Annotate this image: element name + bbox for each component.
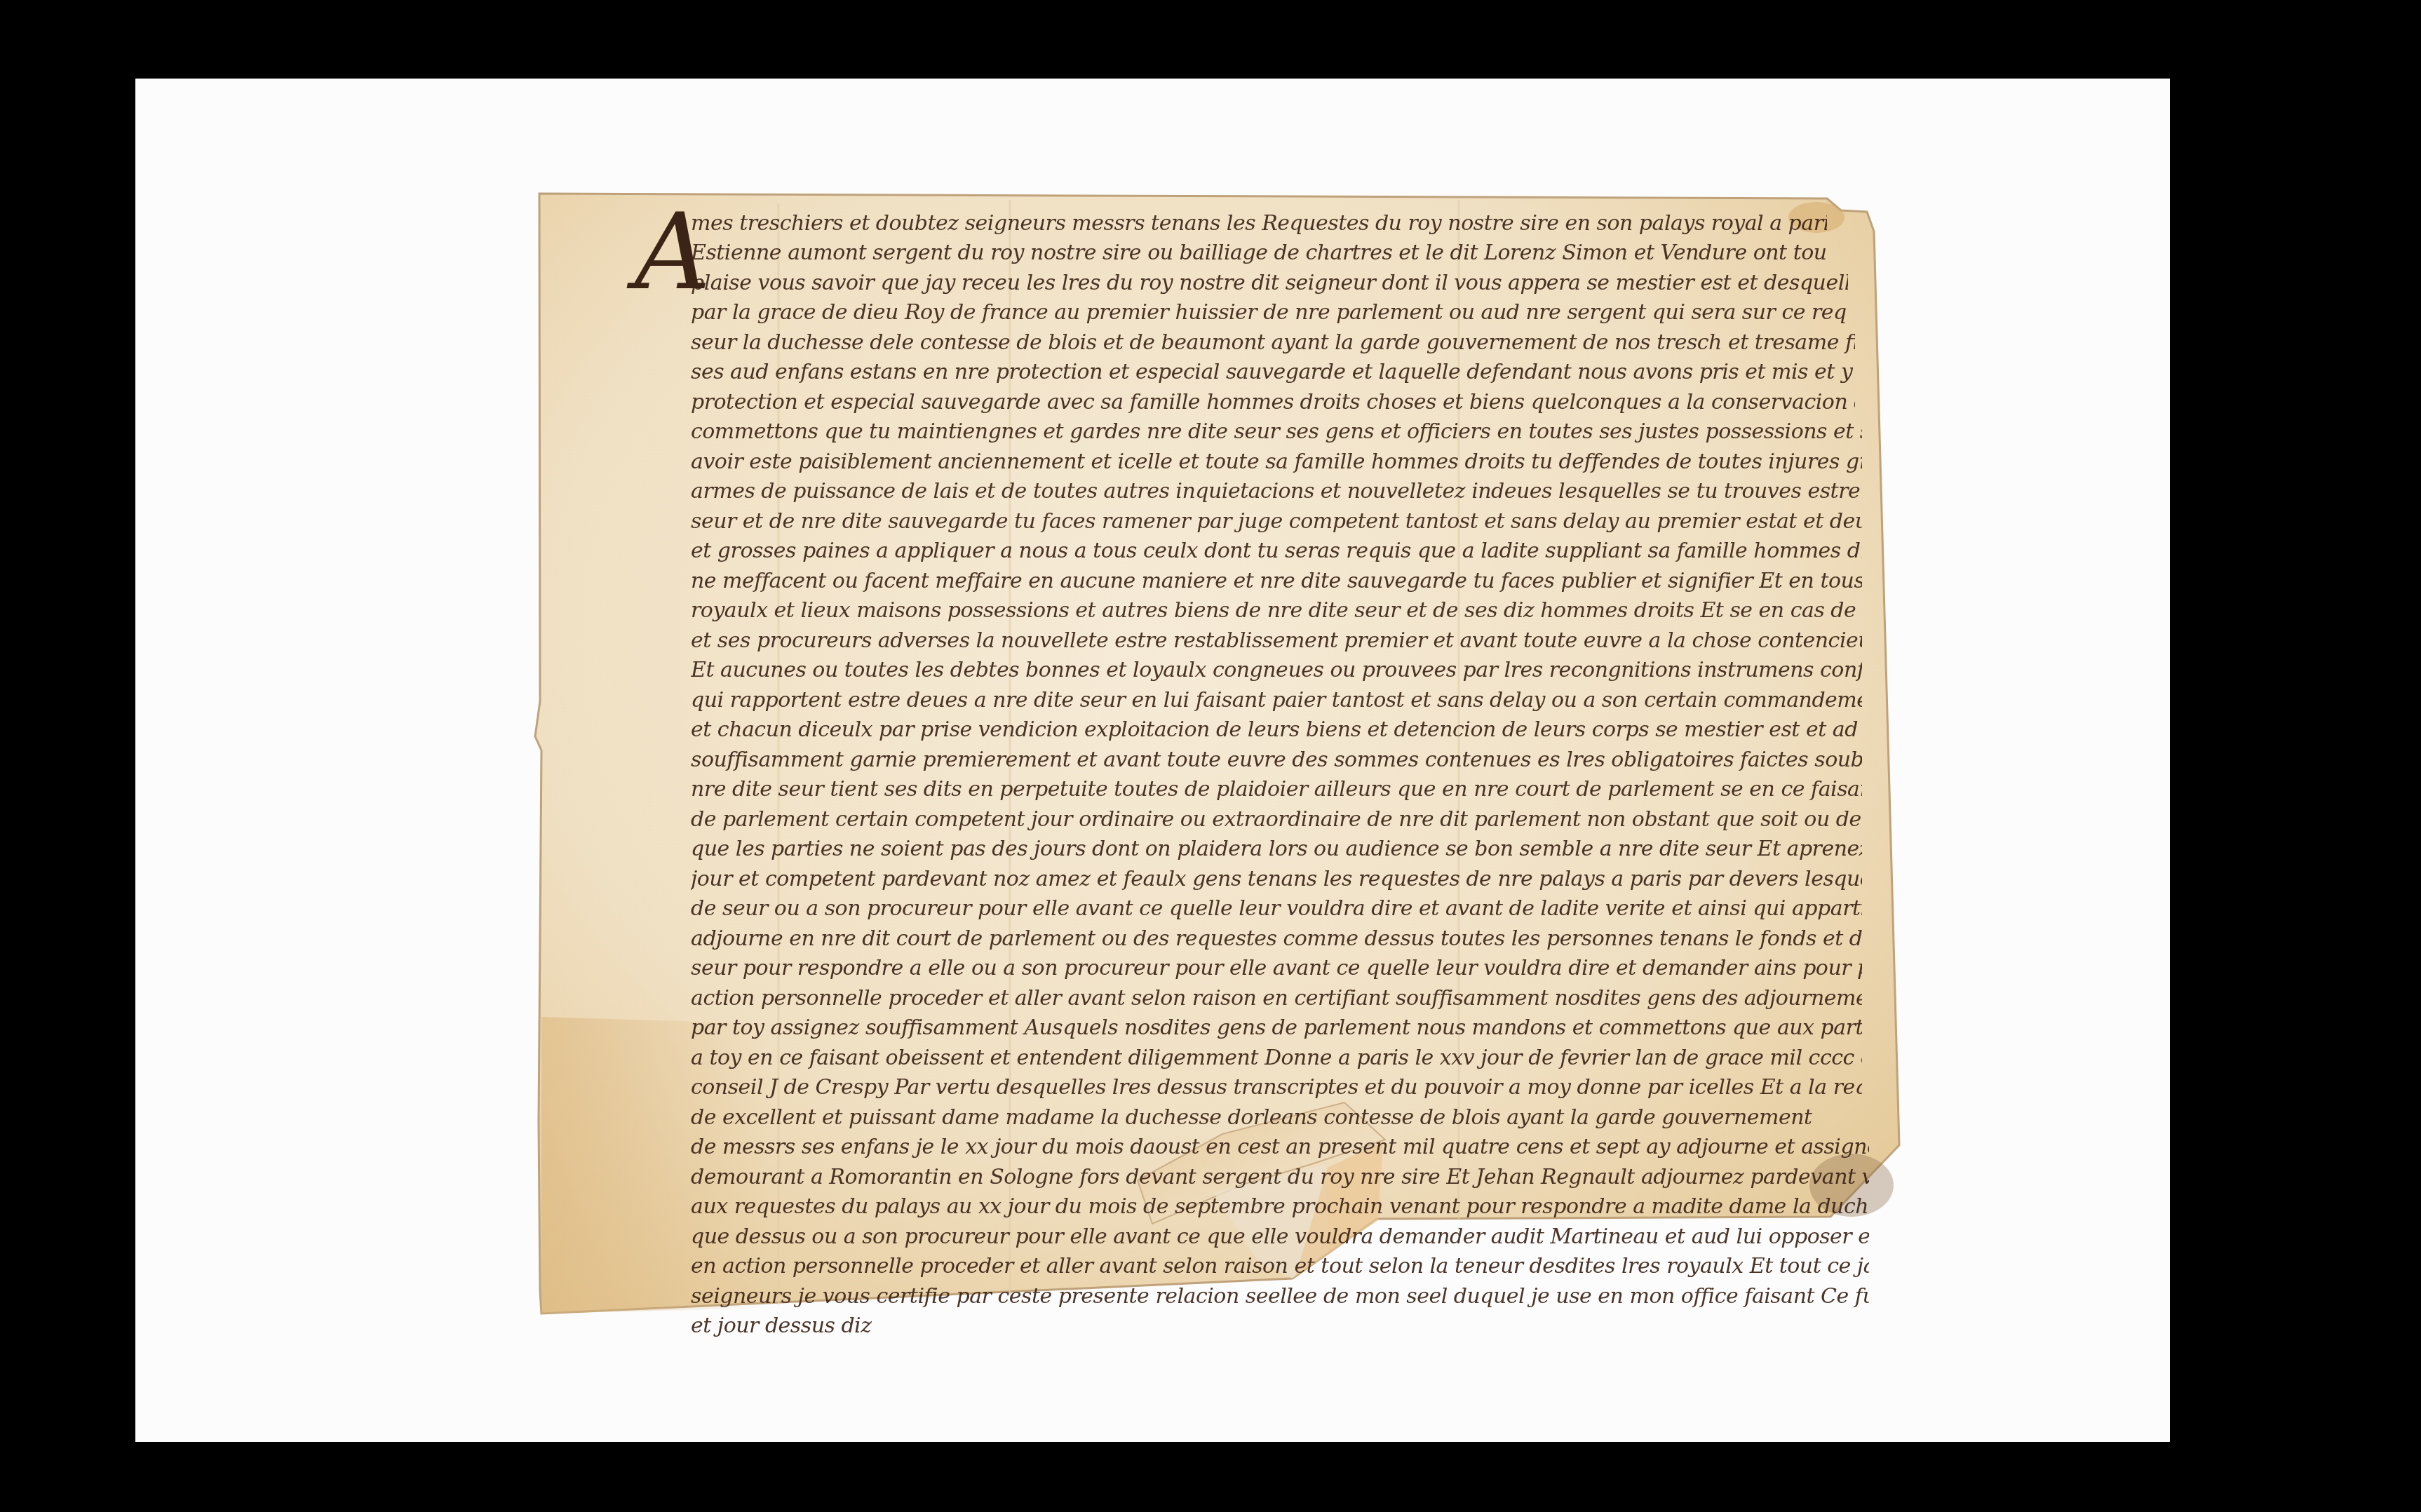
text-line: par la grace de dieu Roy de france au pr… [691, 299, 1848, 326]
text-line: en action personnelle proceder et aller … [691, 1253, 1869, 1280]
text-line: qui rapportent estre deues a nre dite se… [691, 687, 1862, 714]
text-line: par toy assignez souffisamment Ausquels … [691, 1015, 1862, 1041]
text-line: Estienne aumont sergent du roy nostre si… [691, 240, 1827, 266]
text-line: conseil J de Crespy Par vertu desquelles… [691, 1074, 1862, 1101]
text-line: Et aucunes ou toutes les debtes bonnes e… [691, 657, 1862, 684]
text-line: action personnelle proceder et aller ava… [691, 985, 1862, 1012]
text-line: de parlement certain competent jour ordi… [691, 806, 1862, 833]
text-line: commettons que tu maintiengnes et gardes… [691, 419, 1862, 445]
text-line: demourant a Romorantin en Sologne fors d… [691, 1164, 1869, 1191]
text-line: souffisamment garnie premierement et ava… [691, 747, 1862, 774]
text-line: et grosses paines a appliquer a nous a t… [691, 538, 1862, 565]
text-line: que les parties ne soient pas des jours … [691, 836, 1862, 863]
text-line: armes de puissance de lais et de toutes … [691, 478, 1862, 505]
text-line: seigneurs je vous certifie par ceste pre… [691, 1283, 1869, 1310]
text-line: seur la duchesse dele contesse de blois … [691, 330, 1855, 356]
text-line: seur et de nre dite sauvegarde tu faces … [691, 508, 1862, 535]
text-line: nre dite seur tient ses dits en perpetui… [691, 776, 1862, 803]
text-line: protection et especial sauvegarde avec s… [691, 389, 1855, 416]
text-line: que dessus ou a son procureur pour elle … [691, 1224, 1869, 1250]
text-line: et jour dessus diz [691, 1313, 901, 1339]
text-line: plaise vous savoir que jay receu les lre… [691, 270, 1848, 297]
text-line: de seur ou a son procureur pour elle ava… [691, 896, 1862, 922]
text-line: et ses procureurs adverses la nouvellete… [691, 628, 1862, 654]
text-line: a toy en ce faisant obeissent et entende… [691, 1045, 1862, 1072]
text-line: mes treschiers et doubtez seigneurs mess… [691, 210, 1827, 237]
text-line: jour et competent pardevant noz amez et … [691, 866, 1862, 893]
text-line: de messrs ses enfans je le xx jour du mo… [691, 1134, 1869, 1161]
manuscript-parchment: A mes treschiers et doubtez seigneurs me… [0, 0, 2421, 1512]
text-line: de excellent et puissant dame madame la … [691, 1105, 1869, 1131]
text-line: ses aud enfans estans en nre protection … [691, 359, 1855, 386]
text-line: aux requestes du palays au xx jour du mo… [691, 1194, 1869, 1220]
text-line: ne meffacent ou facent meffaire en aucun… [691, 568, 1862, 595]
text-line: et chacun diceulx par prise vendicion ex… [691, 717, 1862, 743]
text-line: royaulx et lieux maisons possessions et … [691, 598, 1862, 624]
text-line: adjourne en nre dit court de parlement o… [691, 926, 1862, 952]
text-line: avoir este paisiblement anciennement et … [691, 449, 1862, 475]
text-line: seur pour respondre a elle ou a son proc… [691, 955, 1862, 982]
